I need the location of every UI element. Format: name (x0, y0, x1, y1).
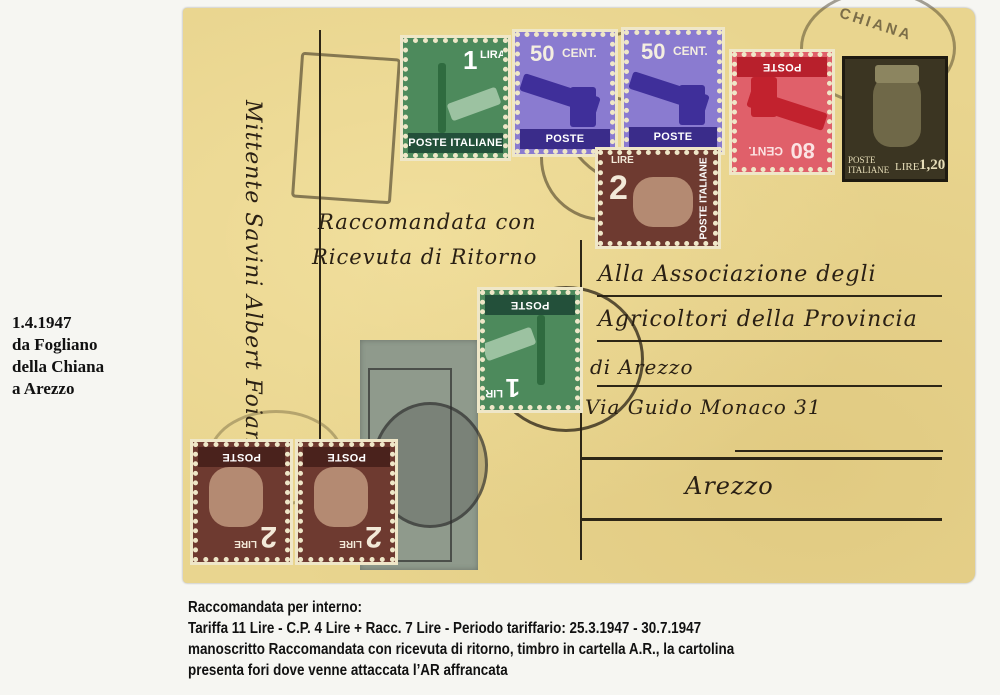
side-note: 1.4.1947 da Fogliano della Chiana a Arez… (12, 312, 104, 400)
stamp-value: 1 (506, 372, 520, 403)
address-line-3 (597, 385, 942, 387)
stamp-unit: LIRE (339, 538, 362, 549)
anvil-icon (679, 85, 705, 125)
stamp-2-lire-brown-inverted: 2 LIRE POSTE ITALIANE (298, 442, 395, 562)
stamp-issuer: POSTE ITALIANE (485, 295, 575, 315)
address-line-6 (582, 518, 942, 521)
side-note-destination: a Arezzo (12, 378, 104, 400)
side-note-origin: da Fogliano (12, 334, 104, 356)
address-line-5 (582, 457, 942, 460)
imprint-1-20-lire: POSTE ITALIANE LIRE 1,20 (842, 56, 948, 182)
address-line-2 (597, 340, 942, 342)
stamp-issuer: POSTE ITALIANE (629, 127, 717, 147)
stamp-issuer: POSTE ITALIANE (303, 447, 390, 467)
caption-title: Raccomandata per interno: (188, 597, 734, 618)
stamp-2-lire-brown-inverted: 2 LIRE POSTE ITALIANE (193, 442, 290, 562)
caption-description-2: presenta fori dove venne attaccata l’AR … (188, 660, 734, 681)
worker-figure-icon (209, 467, 263, 527)
side-note-date: 1.4.1947 (12, 312, 104, 334)
head-portrait-icon (873, 73, 921, 147)
stamp-unit: LIRA (480, 387, 503, 399)
stamp-unit: LIRE (611, 155, 634, 166)
hand-icon (446, 87, 501, 122)
stamp-issuer: POSTE ITALIANE (699, 154, 710, 244)
stamp-value: 50 (530, 41, 554, 67)
stamp-value: 2 (609, 169, 628, 208)
stamp-value: 80 (791, 137, 815, 163)
stamp-unit: LIRA (480, 49, 506, 61)
olive-branch-icon (438, 63, 446, 133)
service-handwriting-1: Raccomandata con (318, 210, 536, 234)
stamp-value: 2 (365, 519, 382, 553)
address-line-4 (735, 450, 943, 452)
imprint-value: 1,20 (919, 157, 945, 174)
stamp-value: 2 (260, 519, 277, 553)
stamp-unit: CENT. (673, 44, 708, 58)
stamp-2-lire-brown: 2 LIRE POSTE ITALIANE (598, 150, 718, 246)
crown-icon (875, 65, 919, 83)
anvil-icon (570, 87, 596, 127)
stamp-issuer: POSTE ITALIANE (408, 133, 503, 153)
stamp-value: 50 (641, 39, 665, 65)
address-line-1 (597, 295, 942, 297)
caption-description: manoscritto Raccomandata con ricevuta di… (188, 639, 734, 660)
registration-box-stamp (291, 52, 401, 205)
stamp-50-cent-violet: 50 CENT. POSTE ITALIANE (624, 30, 722, 152)
imprint-issuer: POSTE ITALIANE (848, 155, 898, 175)
stamp-1-lira-green-inverted: 1 LIRA POSTE ITALIANE (480, 290, 580, 410)
address-line-2-text: Agricoltori della Provincia (598, 307, 918, 332)
worker-figure-icon (633, 177, 693, 227)
stamp-issuer: POSTE ITALIANE (737, 57, 827, 77)
address-line-1-text: Alla Associazione degli (598, 262, 877, 287)
stamp-80-cent-red: 80 CENT. POSTE ITALIANE (732, 52, 832, 172)
anvil-icon (751, 77, 777, 117)
service-handwriting-2: Ricevuta di Ritorno (312, 245, 537, 269)
stamp-issuer: POSTE ITALIANE (520, 129, 610, 149)
imprint-unit: LIRE (895, 161, 919, 173)
caption-tariff: Tariffa 11 Lire - C.P. 4 Lire + Racc. 7 … (188, 618, 734, 639)
stamp-1-lira-green: 1 LIRA POSTE ITALIANE (403, 38, 508, 158)
hand-icon (481, 327, 536, 362)
worker-figure-icon (314, 467, 368, 527)
stamp-unit: CENT. (562, 46, 597, 60)
stamp-issuer: POSTE ITALIANE (198, 447, 285, 467)
caption: Raccomandata per interno: Tariffa 11 Lir… (188, 597, 734, 681)
side-note-origin-2: della Chiana (12, 356, 104, 378)
stamp-unit: LIRE (234, 538, 257, 549)
stamp-value: 1 (463, 45, 477, 76)
olive-branch-icon (537, 315, 545, 385)
address-city-text: Arezzo (685, 472, 774, 500)
stamp-50-cent-violet: 50 CENT. POSTE ITALIANE (515, 32, 615, 154)
stamp-unit: CENT. (748, 144, 783, 158)
